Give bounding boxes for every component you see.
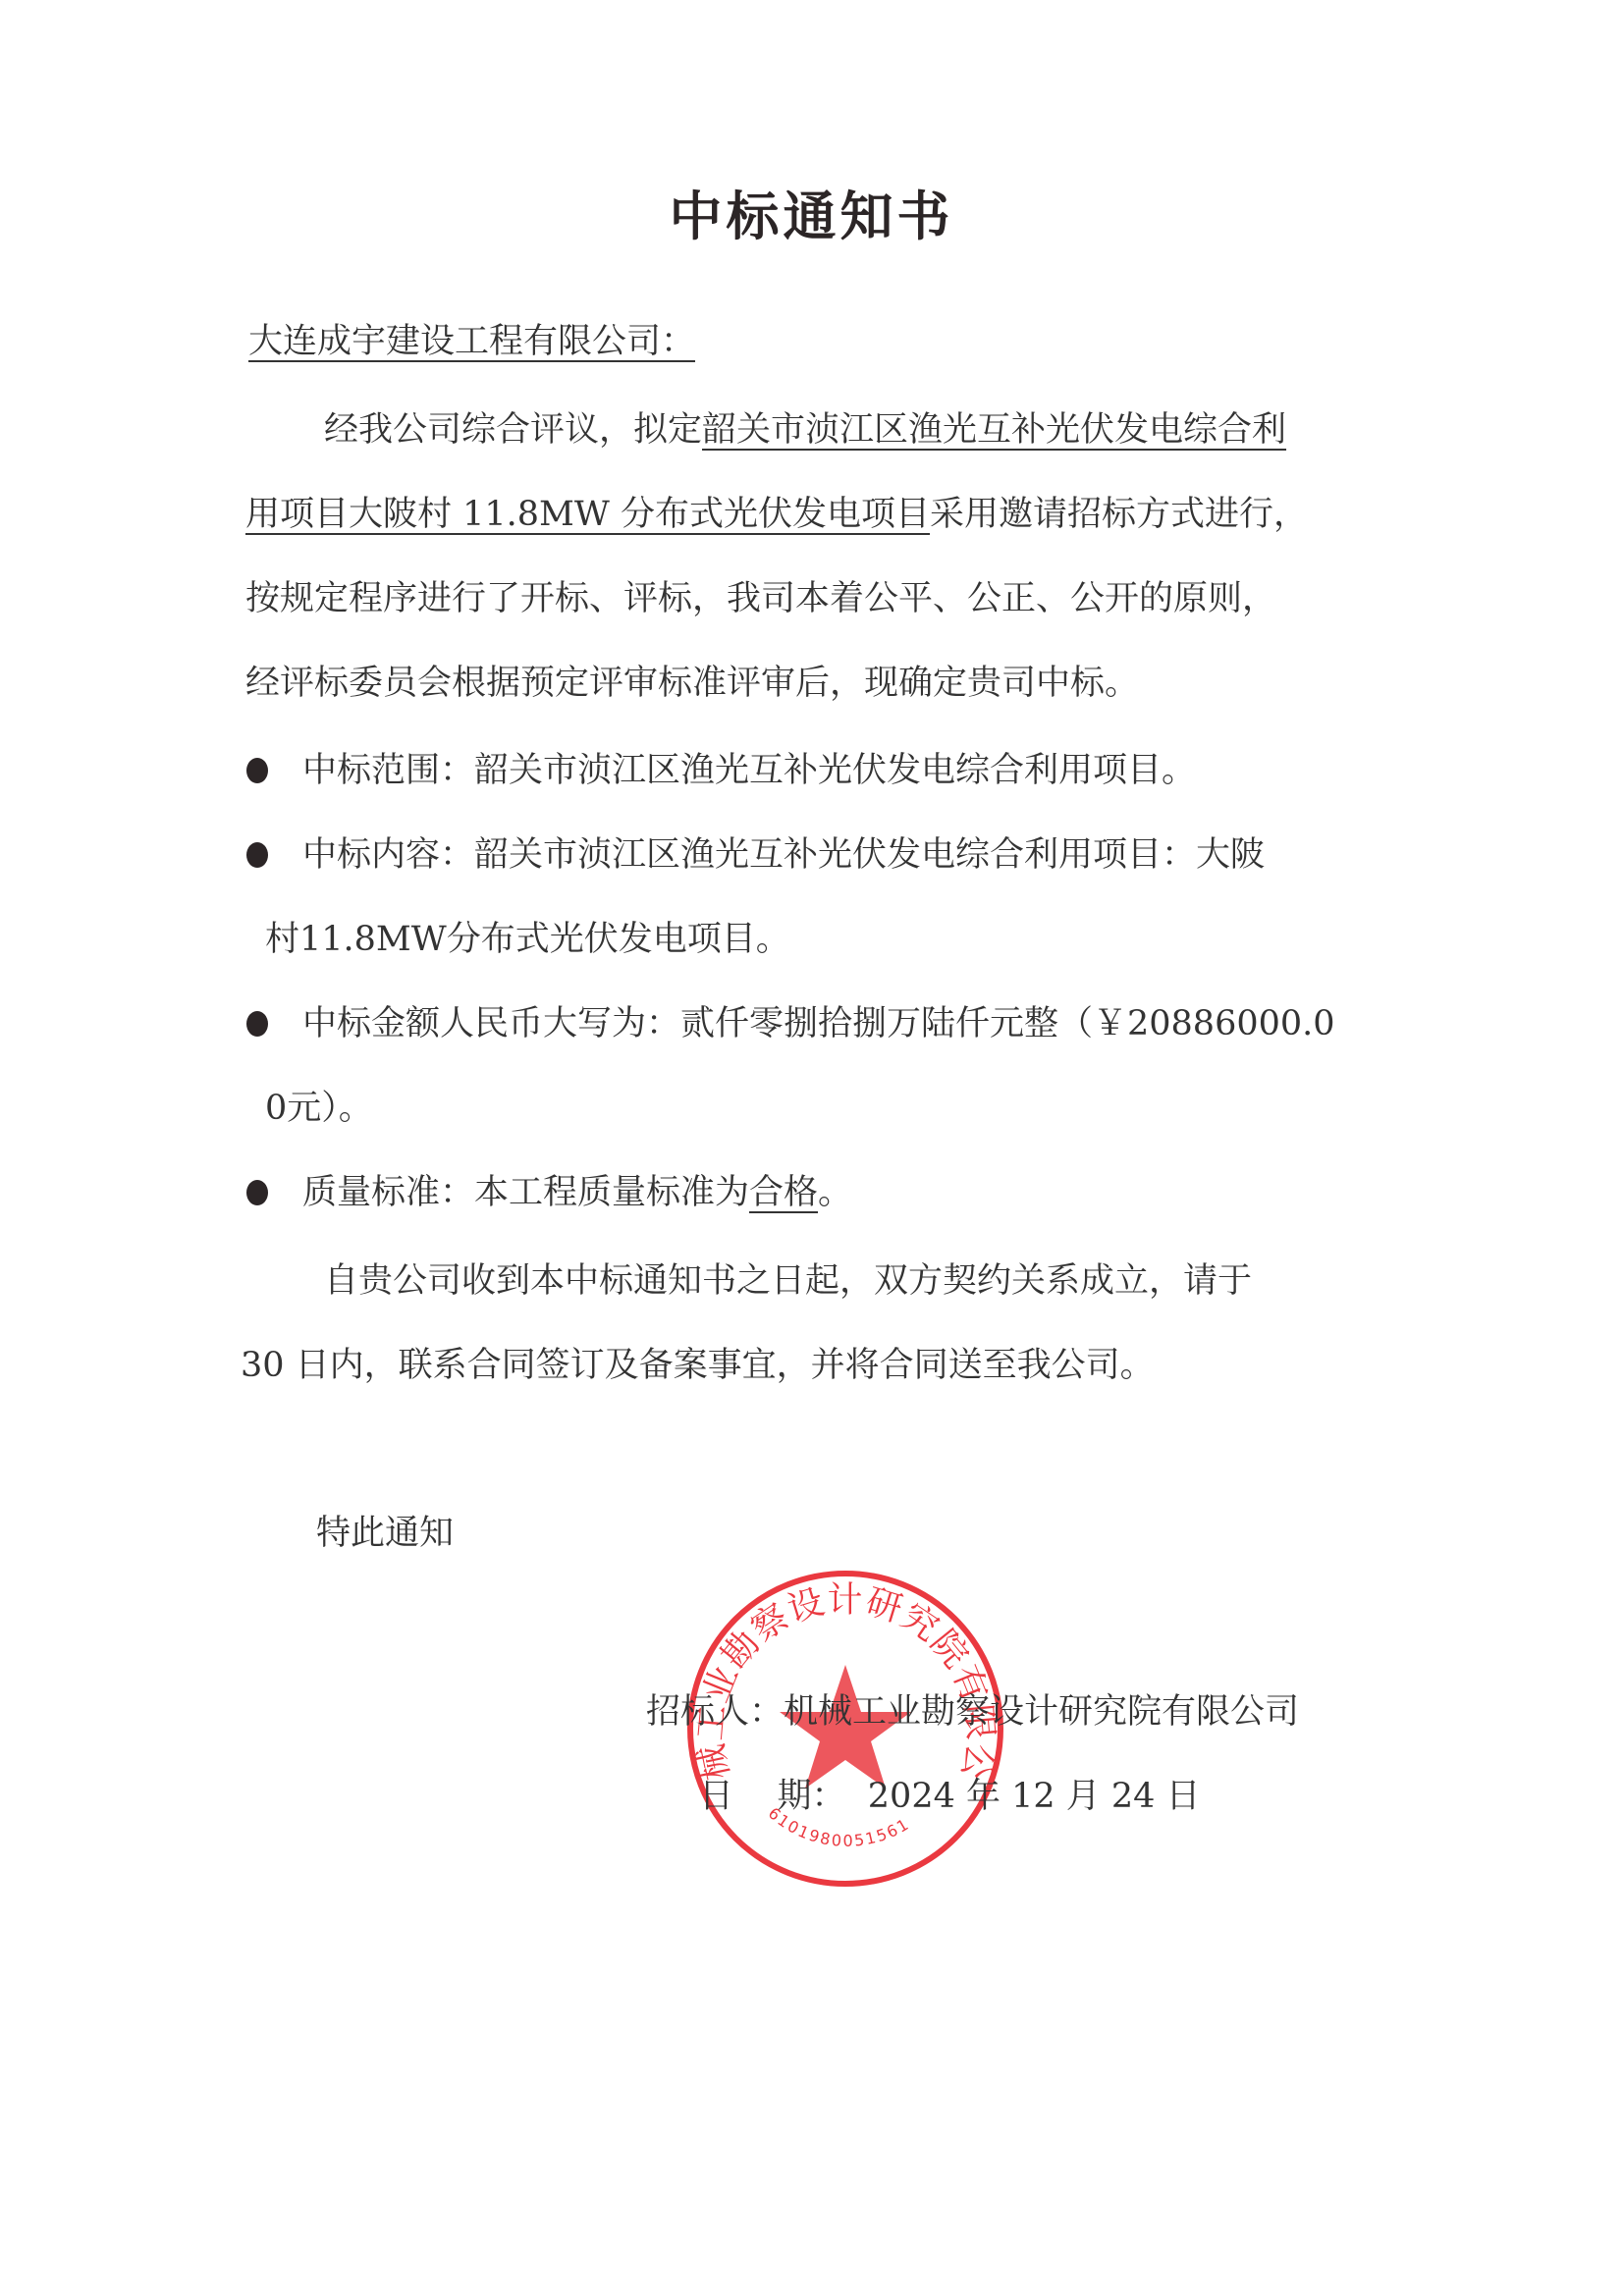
date-line: 日 期： 2024 年 12 月 24 日 xyxy=(699,1775,1201,1818)
quality-suffix: 。 xyxy=(818,1173,852,1212)
intro-suffix: 采用邀请招标方式进行， xyxy=(930,495,1308,534)
intro-line-1: 经我公司综合评议，拟定韶关市浈江区渔光互补光伏发电综合利 xyxy=(324,408,1286,452)
bullet-quality: 质量标准：本工程质量标准为合格。 xyxy=(302,1171,852,1214)
recipient: 大连成宇建设工程有限公司： xyxy=(248,320,695,363)
bullet-icon xyxy=(246,1180,268,1205)
project-name-part-2: 用项目大陂村 11.8MW 分布式光伏发电项目 xyxy=(245,495,930,534)
document-title: 中标通知书 xyxy=(0,175,1623,250)
bullet-content-line-2: 村11.8MW分布式光伏发电项目。 xyxy=(265,918,790,961)
intro-line-4: 经评标委员会根据预定评审标准评审后，现确定贵司中标。 xyxy=(245,662,1139,705)
notice-closing: 特此通知 xyxy=(316,1512,454,1555)
bullet-amount-line-2: 0元）。 xyxy=(265,1087,373,1130)
quality-standard: 合格 xyxy=(749,1173,818,1212)
closing-line-1: 自贵公司收到本中标通知书之日起，双方契约关系成立，请于 xyxy=(324,1259,1252,1303)
bullet-icon xyxy=(246,1011,268,1037)
bullet-icon xyxy=(246,842,268,868)
issuer-name: 机械工业勘察设计研究院有限公司 xyxy=(784,1692,1299,1732)
issuer-label: 招标人： xyxy=(646,1692,784,1732)
date-value: 2024 年 12 月 24 日 xyxy=(868,1777,1201,1816)
notice-page: 中标通知书 大连成宇建设工程有限公司： 经我公司综合评议，拟定韶关市浈江区渔光互… xyxy=(0,0,1623,2296)
svg-text:机械工业勘察设计研究院有限公司: 机械工业勘察设计研究院有限公司 xyxy=(683,1567,1001,1784)
bullet-content-line-1: 中标内容：韶关市浈江区渔光互补光伏发电综合利用项目：大陂 xyxy=(302,833,1265,877)
date-label: 日 期： xyxy=(699,1777,846,1816)
quality-prefix: 质量标准：本工程质量标准为 xyxy=(302,1173,749,1212)
stamp-text: 机械工业勘察设计研究院有限公司 xyxy=(683,1567,1001,1784)
bullet-icon xyxy=(246,758,268,783)
intro-line-3: 按规定程序进行了开标、评标，我司本着公平、公正、公开的原则， xyxy=(245,577,1276,620)
project-name-part-1: 韶关市浈江区渔光互补光伏发电综合利 xyxy=(702,410,1286,450)
intro-prefix: 经我公司综合评议，拟定 xyxy=(324,410,702,450)
intro-line-2: 用项目大陂村 11.8MW 分布式光伏发电项目采用邀请招标方式进行， xyxy=(245,493,1308,536)
bullet-scope: 中标范围：韶关市浈江区渔光互补光伏发电综合利用项目。 xyxy=(302,749,1196,792)
bullet-amount-line-1: 中标金额人民币大写为：贰仟零捌拾捌万陆仟元整（￥20886000.0 xyxy=(302,1002,1335,1045)
issuer-line: 招标人：机械工业勘察设计研究院有限公司 xyxy=(646,1690,1299,1734)
closing-line-2: 30 日内，联系合同签订及备案事宜，并将合同送至我公司。 xyxy=(241,1344,1155,1387)
